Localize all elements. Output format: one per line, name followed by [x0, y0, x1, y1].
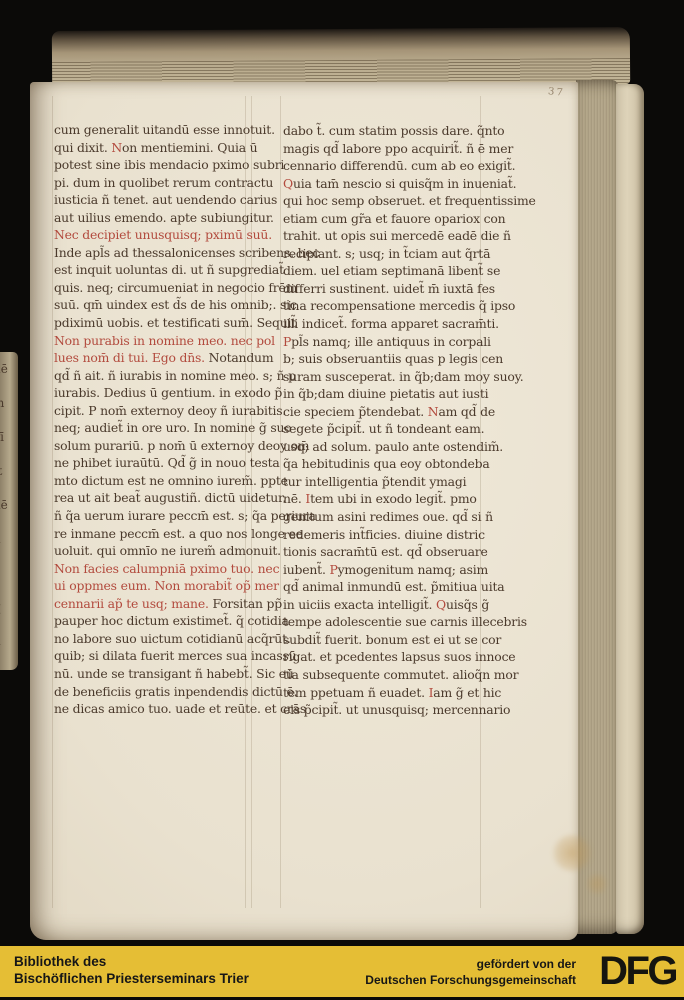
manuscript-text-line: ne phibet iuraūtū. Qd̃ g̃ in nouo testa [54, 454, 254, 472]
manuscript-text-line: tempe adolescentie sue carnis illecebris [283, 613, 488, 631]
ink-text: dabo t̃. cum statim possis dare. q̃nto [283, 123, 504, 138]
parchment-stain-small [586, 874, 608, 894]
ink-text: aut uilius emendo. apte subiungitur. [54, 210, 274, 225]
ink-text: nū. unde se transigant ñ habebt̃. Sic eū [54, 666, 294, 681]
ink-text: q̃a hebitudinis qua eoy obtondeba [283, 456, 490, 471]
ink-text: diem. uel etiam septimanā libent̃ se [283, 263, 500, 278]
manuscript-text-line: qui dixit. Non mentiemini. Quia ū [54, 139, 254, 157]
manuscript-text-line: nē. Item ubi in exodo legit̃. pmo [283, 490, 488, 508]
manuscript-text-line: nū. unde se transigant ñ habebt̃. Sic eū [54, 665, 254, 683]
ink-text: de beneficiis gratis inpendendis dictū ē… [54, 684, 297, 699]
manuscript-text-line: lues nom̄ di tui. Ego dn̄s. Notandum [54, 349, 254, 367]
book-right-page-stack-edge [576, 80, 618, 934]
ink-text: cie speciem p̃tendebat. [283, 404, 428, 419]
ink-text: uia tam̄ nescio si quisq̃m in inueniat̃. [293, 176, 516, 191]
ink-text: subdit̃ fuerit. bonum est ei ut se cor [283, 632, 501, 647]
manuscript-text-line: eis p̃cipit̃. ut unusquisq; mercennario [283, 701, 488, 719]
manuscript-text-line: etiam cum gr̃a et fauore opariox con [283, 210, 488, 228]
manuscript-text-line: magis qd̃ labore ppo acquirit̃. ñ ē mer [283, 140, 488, 158]
manuscript-text-line: iusticia ñ tenet. aut uendendo carius [54, 191, 254, 209]
manuscript-text-line: in q̃b;dam diuine pietatis aut iusti [283, 385, 488, 403]
manuscript-text-line: in uiciis exacta intelligit̃. Quisq̃s g̃ [283, 596, 488, 614]
ink-text: Inde apl̃s ad thessalonicenses scribens.… [54, 245, 319, 260]
manuscript-text-line: Non facies calumpniā pximo tuo. nec [54, 560, 254, 578]
manuscript-text-line: Nec decipiet unusquisq; pximū suū. [54, 226, 254, 244]
manuscript-text-line: iubent̃. Pymogenitum namq; asim [283, 561, 488, 579]
manuscript-text-line: tionis sacram̄tū est. qd̃ obseruare [283, 543, 488, 561]
ink-text: in uiciis exacta intelligit̃. [283, 597, 436, 612]
rubric-text: Q [283, 176, 293, 191]
ink-text: differri sustinent. uidet̃ m̄ iuxtā fes [283, 281, 495, 296]
ink-text: am qd̃ de [438, 404, 495, 419]
ink-text: tur intelligentia p̃tendit ymagi [283, 474, 466, 489]
manuscript-text-line: diem. uel etiam septimanā libent̃ se [283, 262, 488, 280]
manuscript-text-line: qui hoc semp obseruet. et frequentissime [283, 192, 488, 210]
manuscript-text-line: cennario differendū. cum ab eo exigit̃. [283, 157, 488, 175]
manuscript-text-line: cie speciem p̃tendebat. Nam qd̃ de [283, 403, 488, 421]
rubric-text: P [283, 334, 291, 349]
manuscript-text-line: solum purariū. p nom̄ ū externoy deoy om… [54, 437, 254, 455]
funding-credit-line2: Deutschen Forschungsgemeinschaft [365, 972, 576, 988]
ink-text: cennario differendū. cum ab eo exigit̃. [283, 158, 515, 173]
manuscript-text-line: b; suis obseruantiis quas p legis cen [283, 350, 488, 368]
library-credit-line1: Bibliothek des [14, 953, 249, 970]
ink-text: eis p̃cipit̃. ut unusquisq; mercennario [283, 702, 510, 717]
manuscript-text-line: Inde apl̃s ad thessalonicenses scribens.… [54, 244, 254, 262]
manuscript-text-line: re inmane peccm̄ est. a quo nos longe ee [54, 525, 254, 543]
manuscript-text-line: tia subsequente commutet. alioq̃n mor [283, 666, 488, 684]
manuscript-text-line: redemeris int̃ficies. diuine distric [283, 526, 488, 544]
ink-text: cipit. P nom̄ externoy deoy ñ iurabitis. [54, 403, 286, 418]
ink-text: pdiximū uobis. et testificati sum̄. Sequ… [54, 315, 296, 330]
manuscript-text-line: tina recompensatione mercedis q̃ ipso [283, 297, 488, 315]
ink-text: tem ppetuam ñ euadet. [283, 685, 429, 700]
ink-text: qd̃ ñ ait. ñ iurabis in nomine meo. s; ñ… [54, 368, 296, 383]
ink-text: no labore suo uictum cotidianū acq̃rūt. [54, 631, 291, 646]
manuscript-text-line: cipit. P nom̄ externoy deoy ñ iurabitis. [54, 402, 254, 420]
manuscript-text-line: differri sustinent. uidet̃ m̄ iuxtā fes [283, 280, 488, 298]
manuscript-text-line: trahit. ut opis sui mercedē eadē die ñ [283, 227, 488, 245]
manuscript-text-line: pauper hoc dictum existimet̃. q̃ cotidia [54, 612, 254, 630]
ink-text: iurabis. Dedius ū gentium. in exodo p̃ [54, 385, 282, 400]
manuscript-text-line: genitum asini redimes oue. qd̃ si ñ [283, 508, 488, 526]
manuscript-text-line: ne dicas amico tuo. uade et reūte. et cr… [54, 700, 254, 718]
facing-page-text-fragment: ō [0, 556, 18, 590]
library-credit-line2: Bischöflichen Priesterseminars Trier [14, 970, 249, 987]
manuscript-text-line: usq; ad solum. paulo ante ostendim̃. [283, 438, 488, 456]
manuscript-text-line: recipiant. s; usq; in t̃ciam aut q̃rtā [283, 245, 488, 263]
facing-page-text-fragment: q̃ [0, 590, 18, 624]
manuscript-text-line: Non purabis in nomine meo. nec pol [54, 332, 254, 350]
ruling-line [52, 96, 53, 908]
ink-text: tia subsequente commutet. alioq̃n mor [283, 667, 518, 682]
ink-text: iusticia ñ tenet. aut uendendo carius [54, 192, 277, 207]
ink-text: pi. dum in quolibet rerum contractu [54, 175, 273, 190]
ink-text: usq; ad solum. paulo ante ostendim̃. [283, 439, 503, 454]
ink-text: genitum asini redimes oue. qd̃ si ñ [283, 509, 493, 524]
rubric-text: Nec decipiet unusquisq; pximū suū. [54, 227, 272, 242]
ink-text: tempe adolescentie sue carnis illecebris [283, 614, 527, 629]
ink-text: illi indicet̃. forma apparet sacram̄ti. [283, 316, 499, 331]
manuscript-text-line: quis. neq; circumueniat in negocio frēm [54, 279, 254, 297]
funding-credit: gefördert von der Deutschen Forschungsge… [365, 956, 576, 988]
rubric-text: N [111, 140, 122, 155]
manuscript-text-line: ui oppmes eum. Non morabit̃ op̃ mer [54, 577, 254, 595]
ink-text: ne phibet iuraūtū. Qd̃ g̃ in nouo testa [54, 455, 280, 470]
manuscript-page: 37 cum generalit uitandū esse innotuit.q… [30, 82, 578, 940]
ink-text: tionis sacram̄tū est. qd̃ obseruare [283, 544, 488, 559]
manuscript-text-line: quib; si dilata fuerit merces sua incass… [54, 647, 254, 665]
funding-credit-line1: gefördert von der [365, 956, 576, 972]
manuscript-text-line: no labore suo uictum cotidianū acq̃rūt. [54, 630, 254, 648]
library-credit: Bibliothek des Bischöflichen Priestersem… [14, 953, 249, 987]
manuscript-text-line: Quia tam̄ nescio si quisq̃m in inueniat̃… [283, 175, 488, 193]
ink-text: solum purariū. p nom̄ ū externoy deoy om… [54, 438, 309, 453]
funding-banner: Bibliothek des Bischöflichen Priestersem… [0, 946, 684, 997]
manuscript-text-line: qd̃ ñ ait. ñ iurabis in nomine meo. s; ñ… [54, 367, 254, 385]
ink-text: rigat. et pcedentes lapsus suos innoce [283, 649, 515, 664]
ink-text: ymogenitum namq; asim [338, 562, 488, 577]
ink-text: potest sine ibis mendacio pximo subri [54, 157, 284, 172]
manuscript-text-line: pi. dum in quolibet rerum contractu [54, 174, 254, 192]
ink-text: mto dictum est ne omnino iurem̃. ppte [54, 473, 288, 488]
rubric-text: Q [436, 597, 446, 612]
photo-background: uēmeīſtdēūōq̃il 37 cum generalit uitandū… [0, 0, 684, 1000]
facing-page-text-fragment: ſt [0, 454, 18, 488]
ink-text: nē. [283, 491, 305, 506]
rubric-text: ui oppmes eum. Non morabit̃ op̃ mer [54, 578, 279, 593]
dfg-logo: DFG [599, 946, 676, 997]
book-right-outer-leaf-edge [616, 84, 644, 934]
ink-text: Notandum [209, 350, 274, 365]
manuscript-text-line: segete p̃cipit̃. ut ñ tondeant eam. [283, 420, 488, 438]
manuscript-text-line: pdiximū uobis. et testificati sum̄. Sequ… [54, 314, 254, 332]
ink-text: in q̃b;dam diuine pietatis aut iusti [283, 386, 488, 401]
manuscript-text-line: q̃a hebitudinis qua eoy obtondeba [283, 455, 488, 473]
ink-text: tina recompensatione mercedis q̃ ipso [283, 298, 515, 313]
ink-text: etiam cum gr̃a et fauore opariox con [283, 211, 505, 226]
manuscript-text-line: rea ut ait beat̃ augustiñ. dictū uidetur… [54, 489, 254, 507]
ink-text: qui dixit. [54, 140, 111, 155]
manuscript-text-line: illi indicet̃. forma apparet sacram̄ti. [283, 315, 488, 333]
ink-text: est inquit uoluntas di. ut ñ supgrediat̃ [54, 262, 284, 277]
ink-text: suram susceperat. in q̃b;dam moy suoy. [283, 369, 524, 384]
manuscript-text-line: mto dictum est ne omnino iurem̃. ppte [54, 472, 254, 490]
ink-text: uisq̃s g̃ [446, 597, 489, 612]
facing-page-text-fragment: il [0, 624, 18, 658]
rubric-text: N [428, 404, 439, 419]
manuscript-text-line: tur intelligentia p̃tendit ymagi [283, 473, 488, 491]
text-column-left: cum generalit uitandū esse innotuit.qui … [54, 121, 254, 718]
manuscript-text-line: suū. qm̄ uindex est d̃s de his omnib;. s… [54, 296, 254, 314]
rubric-text: lues nom̄ di tui. Ego dn̄s. [54, 350, 209, 365]
manuscript-text-line: potest sine ibis mendacio pximo subri [54, 156, 254, 174]
rubric-text: Non facies calumpniā pximo tuo. nec [54, 561, 279, 576]
manuscript-text-line: subdit̃ fuerit. bonum est ei ut se cor [283, 631, 488, 649]
manuscript-text-line: uoluit. qui omnīo ne iurem̃ admonuit. [54, 542, 254, 560]
manuscript-text-line: tem ppetuam ñ euadet. Iam g̃ et hic [283, 684, 488, 702]
ink-text: pauper hoc dictum existimet̃. q̃ cotidia [54, 613, 289, 628]
ink-text: neq; audiet̃ in ore uro. In nomine g̃ su… [54, 420, 292, 435]
rubric-text: Non purabis in nomine meo. nec pol [54, 333, 275, 348]
ink-text: magis qd̃ labore ppo acquirit̃. ñ ē mer [283, 141, 513, 156]
ink-text: Forsitan pp̃ [212, 596, 282, 611]
rubric-text: cennarii ap̃ te usq; mane. [54, 596, 212, 611]
facing-page-sliver: uēmeīſtdēūōq̃il [0, 352, 18, 670]
ink-text: rea ut ait beat̃ augustiñ. dictū uidetur… [54, 490, 286, 505]
ink-text: trahit. ut opis sui mercedē eadē die ñ [283, 228, 511, 243]
ink-text: on mentiemini. Quia ū [122, 140, 257, 155]
ink-text: iubent̃. [283, 562, 329, 577]
ink-text: suū. qm̄ uindex est d̃s de his omnib;. s… [54, 297, 297, 312]
ink-text: am g̃ et hic [433, 685, 501, 700]
facing-page-text-fragment: dē [0, 488, 18, 522]
manuscript-text-line: qd̃ animal inmundū est. p̃mitiua uita [283, 578, 488, 596]
manuscript-text-line: rigat. et pcedentes lapsus suos innoce [283, 648, 488, 666]
text-column-right: dabo t̃. cum statim possis dare. q̃ntoma… [283, 122, 488, 719]
ink-text: redemeris int̃ficies. diuine distric [283, 527, 485, 542]
ink-text: tem ubi in exodo legit̃. pmo [310, 491, 477, 506]
facing-page-text-fragment: ū [0, 522, 18, 556]
ink-text: qd̃ animal inmundū est. p̃mitiua uita [283, 579, 504, 594]
book-top-edge [52, 27, 630, 88]
ink-text: segete p̃cipit̃. ut ñ tondeant eam. [283, 421, 484, 436]
manuscript-text-line: aut uilius emendo. apte subiungitur. [54, 209, 254, 227]
manuscript-text-line: dabo t̃. cum statim possis dare. q̃nto [283, 122, 488, 140]
ink-text: quis. neq; circumueniat in negocio frēm [54, 280, 297, 295]
manuscript-text-line: ñ q̃a uerum iurare peccm̄ est. s; q̃a pe… [54, 507, 254, 525]
manuscript-text-line: Ppl̃s namq; ille antiquus in corpali [283, 333, 488, 351]
ink-text: qui hoc semp obseruet. et frequentissime [283, 193, 536, 208]
manuscript-text-line: iurabis. Dedius ū gentium. in exodo p̃ [54, 384, 254, 402]
rubric-text: P [329, 562, 337, 577]
manuscript-text-line: est inquit uoluntas di. ut ñ supgrediat̃ [54, 261, 254, 279]
facing-page-text-fragment: uē [0, 352, 18, 386]
manuscript-text-line: cum generalit uitandū esse innotuit. [54, 121, 254, 139]
manuscript-text-line: suram susceperat. in q̃b;dam moy suoy. [283, 368, 488, 386]
ink-text: b; suis obseruantiis quas p legis cen [283, 351, 503, 366]
facing-page-text-fragment: eī [0, 420, 18, 454]
ink-text: re inmane peccm̄ est. a quo nos longe ee [54, 526, 303, 541]
ink-text: ne dicas amico tuo. uade et reūte. et cr… [54, 701, 306, 716]
manuscript-text-line: neq; audiet̃ in ore uro. In nomine g̃ su… [54, 419, 254, 437]
parchment-stain [552, 834, 592, 872]
manuscript-text-line: de beneficiis gratis inpendendis dictū ē… [54, 683, 254, 701]
manuscript-text-line: cennarii ap̃ te usq; mane. Forsitan pp̃ [54, 595, 254, 613]
page-number: 37 [547, 86, 565, 99]
ink-text: quib; si dilata fuerit merces sua incass… [54, 648, 296, 663]
ink-text: ñ q̃a uerum iurare peccm̄ est. s; q̃a pe… [54, 508, 316, 523]
facing-page-text-fragment: m [0, 386, 18, 420]
ink-text: recipiant. s; usq; in t̃ciam aut q̃rtā [283, 246, 490, 261]
ink-text: pl̃s namq; ille antiquus in corpali [291, 334, 491, 349]
ink-text: uoluit. qui omnīo ne iurem̃ admonuit. [54, 543, 281, 558]
ink-text: cum generalit uitandū esse innotuit. [54, 122, 275, 137]
